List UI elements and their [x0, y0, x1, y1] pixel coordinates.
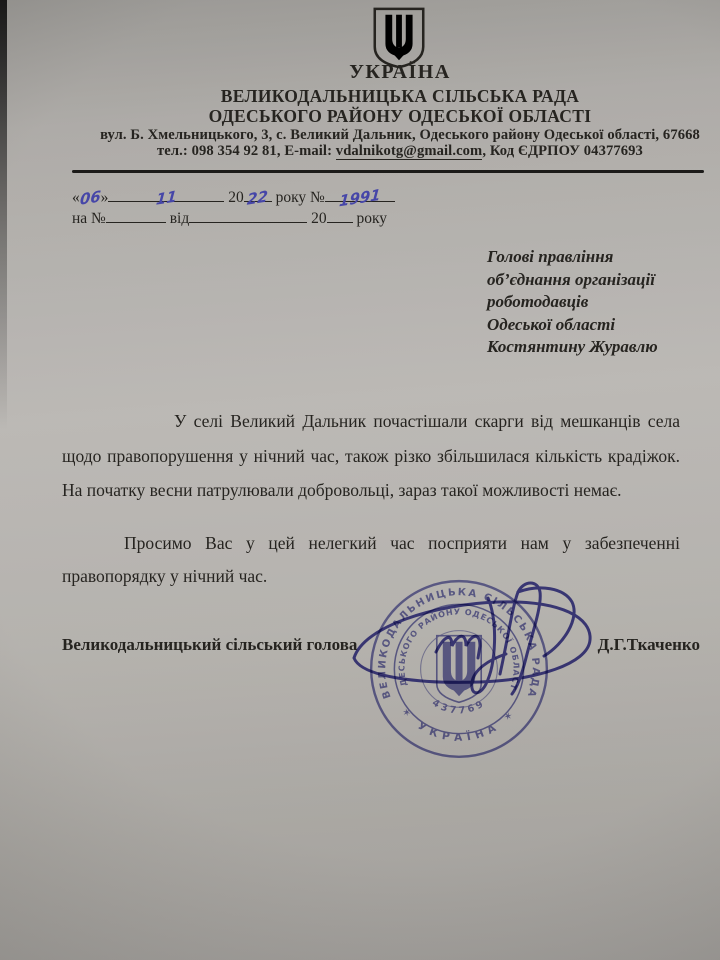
open-quote: «	[72, 189, 80, 206]
year-prefix: 20	[228, 189, 244, 206]
handwritten-number: 1991	[339, 190, 381, 207]
addressee-line: Костянтину Журавлю	[487, 336, 712, 359]
letterhead: УКРАЇНА ВЕЛИКОДАЛЬНИЦЬКА СІЛЬСЬКА РАДА О…	[80, 62, 720, 159]
address-line: вул. Б. Хмельницького, 3, с. Великий Дал…	[80, 128, 720, 143]
addressee-line: Одеської області	[487, 314, 712, 337]
handwritten-year: 22	[247, 191, 269, 205]
contact-line: тел.: 098 354 92 81, E-mail: vdalnikotg@…	[80, 144, 720, 159]
org-name-line1: ВЕЛИКОДАЛЬНИЦЬКА СІЛЬСЬКА РАДА	[80, 88, 720, 106]
photo-edge-shadow	[0, 0, 7, 430]
phone-label: тел.: 098 354 92 81, E-mail:	[157, 143, 336, 159]
addressee-line: роботодавців	[487, 291, 712, 314]
na-label: на №	[72, 210, 106, 227]
header-rule	[72, 170, 704, 173]
handwritten-day: 06	[79, 191, 101, 205]
number-blank: 1991	[325, 187, 395, 202]
addressee-block: Голові правління об’єднання організації …	[487, 246, 712, 359]
ref-line-2: на № від 20 року	[72, 208, 472, 229]
org-name-line2: ОДЕСЬКОГО РАЙОНУ ОДЕСЬКОЇ ОБЛАСТІ	[80, 108, 720, 126]
roku-no-label: року №	[276, 189, 325, 206]
vid-label: від	[170, 210, 190, 227]
email-link: vdalnikotg@gmail.com	[336, 143, 483, 160]
ref-line-1: «06»11 2022 року №1991	[72, 187, 472, 208]
edrpou-label: , Код ЄДРПОУ 04377693	[482, 143, 643, 159]
handwritten-month: 11	[156, 191, 178, 205]
year-blank: 22	[244, 187, 272, 202]
year2-prefix: 20	[311, 210, 327, 227]
month-blank: 11	[108, 187, 224, 202]
addressee-line: Голові правління	[487, 246, 712, 269]
reference-block: «06»11 2022 року №1991 на № від 20 року	[72, 187, 472, 229]
country-name: УКРАЇНА	[80, 62, 720, 82]
scanned-letter-photo: УКРАЇНА ВЕЛИКОДАЛЬНИЦЬКА СІЛЬСЬКА РАДА О…	[0, 0, 720, 960]
incoming-date-blank	[189, 208, 307, 223]
incoming-number-blank	[106, 208, 166, 223]
body-paragraph-1: У селі Великий Дальник почастішали скарг…	[62, 404, 680, 508]
signatory-title: Великодальницький сільський голова	[62, 635, 357, 655]
close-quote: »	[101, 189, 109, 206]
addressee-line: об’єднання організації	[487, 269, 712, 292]
roku-label: року	[356, 210, 387, 227]
signatory-name: Д.Г.Ткаченко	[598, 635, 700, 655]
signature-scrawl	[340, 578, 610, 716]
